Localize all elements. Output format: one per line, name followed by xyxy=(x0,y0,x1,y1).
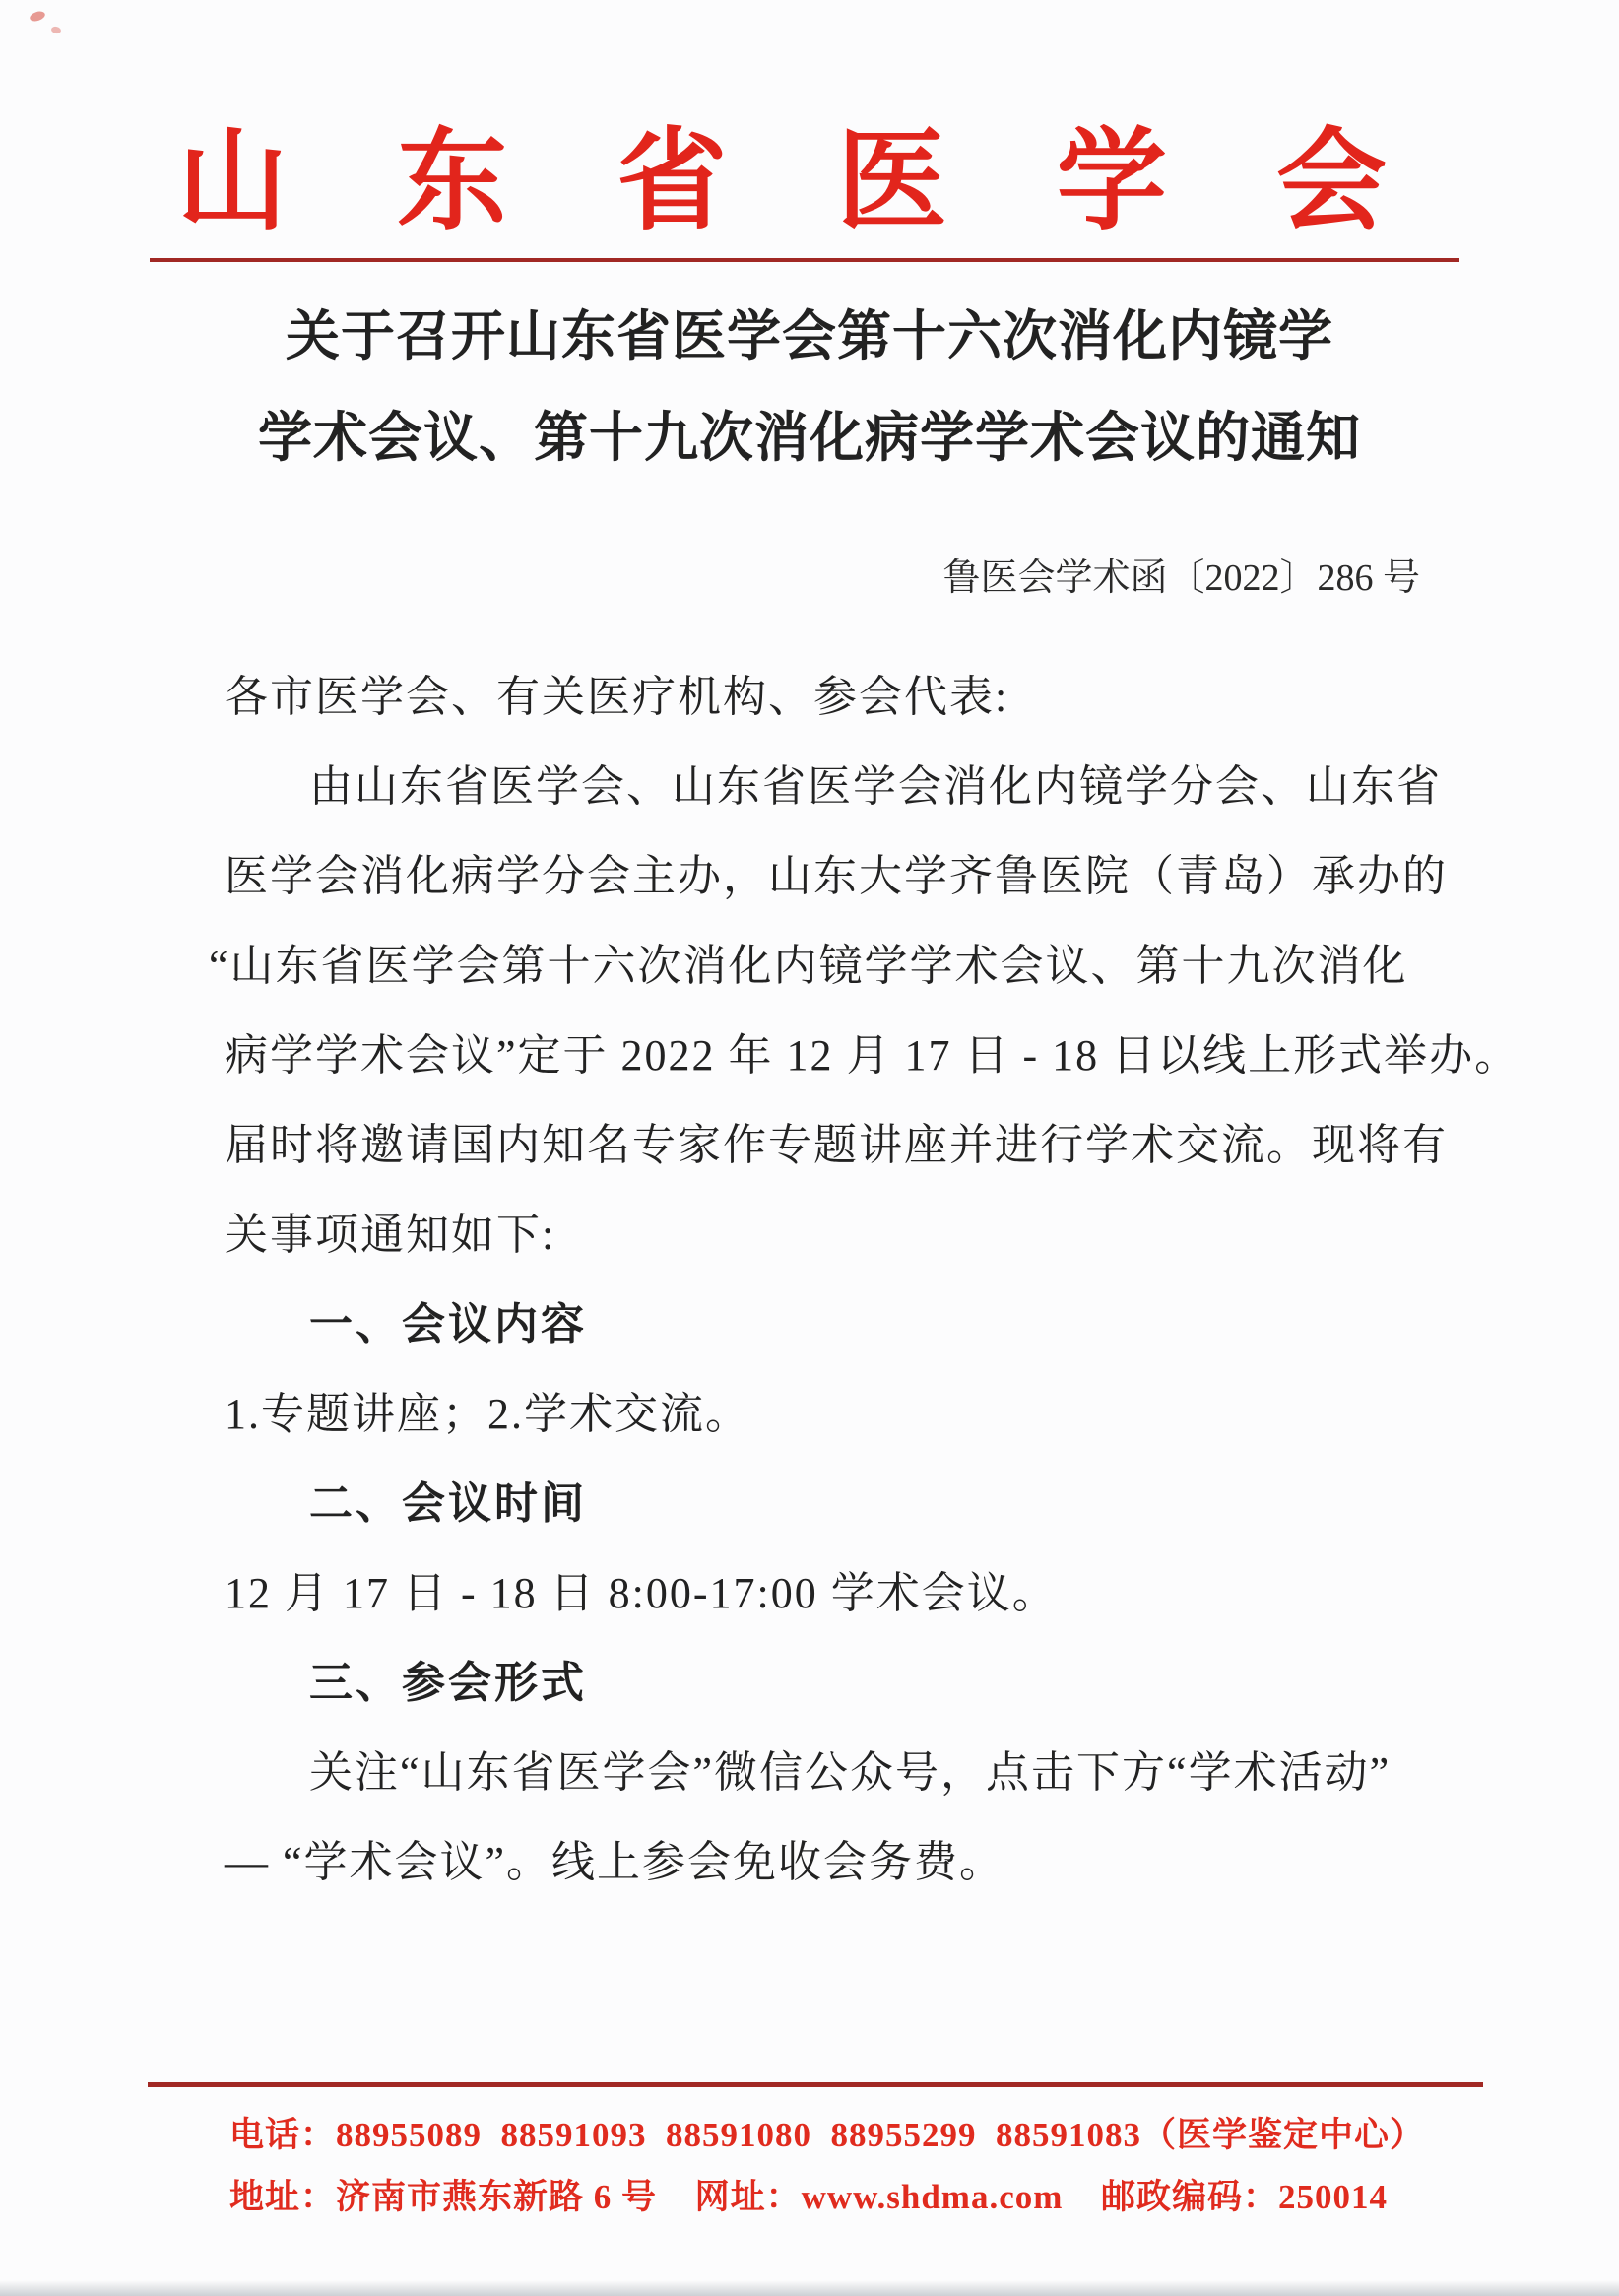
body-line: “山东省医学会第十六次消化内镜学学术会议、第十九次消化 xyxy=(209,921,1465,1011)
body-line: 届时将邀请国内知名专家作专题讲座并进行学术交流。现将有 xyxy=(225,1100,1465,1190)
title-line-2: 学术会议、第十九次消化病学学术会议的通知 xyxy=(0,387,1619,489)
postal-value: 250014 xyxy=(1278,2178,1388,2216)
address-value: 济南市燕东新路 6 号 xyxy=(336,2178,657,2216)
postal-group: 邮政编码：250014 xyxy=(1101,2170,1388,2219)
body-line: 病学学术会议”定于 2022 年 12 月 17 日 - 18 日以线上形式举办… xyxy=(225,1011,1465,1100)
footer-rule xyxy=(148,2082,1483,2087)
org-name-char: 山 xyxy=(177,116,288,248)
phone-number: 88955089 xyxy=(336,2116,482,2154)
footer-address-row: 地址：济南市燕东新路 6 号 网址：www.shdma.com 邮政编码：250… xyxy=(229,2170,1388,2219)
notice-body: 各市医学会、有关医疗机构、参会代表: 由山东省医学会、山东省医学会消化内镜学分会… xyxy=(225,652,1465,1907)
phone-number: 88591080 xyxy=(666,2116,811,2155)
reference-number: 鲁医会学术函〔2022〕286 号 xyxy=(942,547,1420,601)
phone-group: 电话：88955089 xyxy=(229,2108,482,2157)
header-rule xyxy=(150,258,1459,262)
body-line: 由山东省医学会、山东省医学会消化内镜学分会、山东省 xyxy=(225,742,1465,831)
website-value: www.shdma.com xyxy=(802,2178,1064,2216)
org-name-char: 会 xyxy=(1276,116,1387,248)
body-line: 关事项通知如下: xyxy=(225,1190,1465,1279)
org-name: 山 东 省 医 学 会 xyxy=(177,116,1387,248)
org-name-char: 医 xyxy=(837,116,947,248)
section-heading-2: 二、会议时间 xyxy=(225,1459,1465,1548)
footer-contact-row: 电话：88955089 88591093 88591080 88955299 8… xyxy=(229,2108,1425,2157)
body-line: 关注“山东省医学会”微信公众号，点击下方“学术活动” xyxy=(225,1728,1465,1817)
website-group: 网址：www.shdma.com xyxy=(695,2170,1064,2219)
body-line: 1.专题讲座；2.学术交流。 xyxy=(225,1369,1465,1459)
phone-number: 88591093 xyxy=(501,2116,647,2155)
body-line: 医学会消化病学分会主办，山东大学齐鲁医院（青岛）承办的 xyxy=(225,831,1465,921)
address-label: 地址： xyxy=(229,2178,336,2216)
section-heading-3: 三、参会形式 xyxy=(225,1638,1465,1728)
org-name-char: 省 xyxy=(616,116,727,248)
salutation: 各市医学会、有关医疗机构、参会代表: xyxy=(225,652,1465,742)
ink-speck xyxy=(29,10,46,24)
org-name-char: 学 xyxy=(1057,116,1167,248)
document-page: 山 东 省 医 学 会 关于召开山东省医学会第十六次消化内镜学 学术会议、第十九… xyxy=(0,0,1619,2296)
section-heading-1: 一、会议内容 xyxy=(225,1279,1465,1369)
document-title: 关于召开山东省医学会第十六次消化内镜学 学术会议、第十九次消化病学学术会议的通知 xyxy=(0,286,1619,489)
phone-number: 88955299 xyxy=(830,2116,976,2155)
phone-label: 电话： xyxy=(229,2116,336,2154)
website-label: 网址： xyxy=(695,2178,802,2216)
title-line-1: 关于召开山东省医学会第十六次消化内镜学 xyxy=(0,286,1619,387)
postal-label: 邮政编码： xyxy=(1101,2178,1278,2216)
org-name-char: 东 xyxy=(397,116,507,248)
ink-speck xyxy=(50,26,61,34)
address-group: 地址：济南市燕东新路 6 号 xyxy=(229,2170,657,2219)
scan-edge xyxy=(0,2280,1619,2296)
body-line: — “学术会议”。线上参会免收会务费。 xyxy=(225,1817,1465,1907)
body-line: 12 月 17 日 - 18 日 8:00-17:00 学术会议。 xyxy=(225,1548,1465,1638)
phone-number-note: 88591083（医学鉴定中心） xyxy=(996,2108,1425,2157)
